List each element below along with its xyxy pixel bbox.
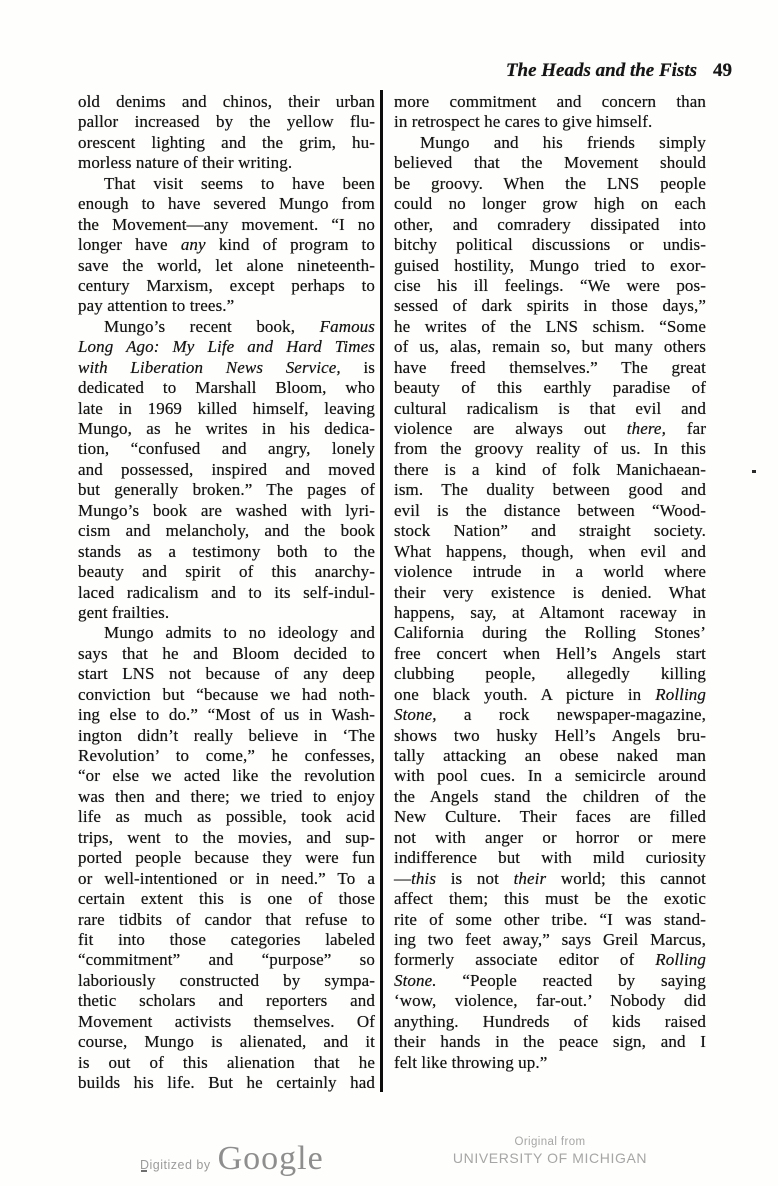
text-line: evil is the distance between “Wood- <box>394 501 706 521</box>
text-line: violence intrude in a world where <box>394 562 706 582</box>
text-line: course, Mungo is alienated, and it <box>78 1032 375 1052</box>
text-line: New Culture. Their faces are filled <box>394 807 706 827</box>
text-line: Mungo admits to no ideology and <box>78 623 375 643</box>
text-line: trips, went to the movies, and sup- <box>78 828 375 848</box>
text-line: laced radicalism and to its self-indul- <box>78 583 375 603</box>
text-line: certain extent this is one of those <box>78 889 375 909</box>
text-line: pay attention to trees.” <box>78 296 375 316</box>
text-line: ington didn’t really believe in ‘The <box>78 726 375 746</box>
text-line: Mungo’s recent book, Famous <box>78 317 375 337</box>
column-left: old denims and chinos, their urbanpallor… <box>78 92 375 1093</box>
text-line: Mungo’s book are washed with lyri- <box>78 501 375 521</box>
text-line: affect them; this must be the exotic <box>394 889 706 909</box>
text-line: other, and comradery dissipated into <box>394 215 706 235</box>
text-line: life as much as possible, took acid <box>78 807 375 827</box>
text-line: cultural radicalism is that evil and <box>394 399 706 419</box>
text-line: violence are always out there, far <box>394 419 706 439</box>
source-credit: Original from UNIVERSITY OF MICHIGAN <box>440 1136 660 1166</box>
text-line: happens, say, at Altamont raceway in <box>394 603 706 623</box>
scan-speck <box>141 1170 147 1172</box>
text-line: cise his ill feelings. “We were pos- <box>394 276 706 296</box>
text-line: not with anger or horror or mere <box>394 828 706 848</box>
text-line: have freed themselves.” The great <box>394 358 706 378</box>
text-line: What happens, though, when evil and <box>394 542 706 562</box>
text-line: Long Ago: My Life and Hard Times <box>78 337 375 357</box>
column-right: more commitment and concern thanin retro… <box>394 92 706 1073</box>
text-line: That visit seems to have been <box>78 174 375 194</box>
text-line: ported people because they were fun <box>78 848 375 868</box>
text-line: rare tidbits of candor that refuse to <box>78 910 375 930</box>
text-line: Revolution’ to come,” he confesses, <box>78 746 375 766</box>
text-line: but generally broken.” The pages of <box>78 480 375 500</box>
text-line: tion, “confused and angry, lonely <box>78 439 375 459</box>
text-line: was then and there; we tried to enjoy <box>78 787 375 807</box>
text-line: and possessed, inspired and moved <box>78 460 375 480</box>
text-line: enough to have severed Mungo from <box>78 194 375 214</box>
text-line: tally attacking an obese naked man <box>394 746 706 766</box>
text-line: anything. Hundreds of kids raised <box>394 1012 706 1032</box>
text-line: save the world, let alone nineteenth- <box>78 256 375 276</box>
page-number: 49 <box>713 60 732 81</box>
text-line: guised hostility, Mungo tried to exor- <box>394 256 706 276</box>
text-line: one black youth. A picture in Rolling <box>394 685 706 705</box>
google-logo: Google <box>218 1140 324 1178</box>
text-line: cism and melancholy, and the book <box>78 521 375 541</box>
text-line: fit into those categories labeled <box>78 930 375 950</box>
original-from-label: Original from <box>440 1136 660 1148</box>
text-line: bitchy political discussions or undis- <box>394 235 706 255</box>
text-line: felt like throwing up.” <box>394 1053 706 1073</box>
text-line: more commitment and concern than <box>394 92 706 112</box>
text-line: Stone, a rock newspaper-magazine, <box>394 705 706 725</box>
text-line: with Liberation News Service, is <box>78 358 375 378</box>
text-line: ism. The duality between good and <box>394 480 706 500</box>
text-line: their very existence is denied. What <box>394 583 706 603</box>
text-line: late in 1969 killed himself, leaving <box>78 399 375 419</box>
scan-speck <box>752 470 756 473</box>
text-line: is out of this alienation that he <box>78 1053 375 1073</box>
text-line: “commitment” and “purpose” so <box>78 950 375 970</box>
text-line: century Marxism, except perhaps to <box>78 276 375 296</box>
chapter-title: The Heads and the Fists <box>506 60 697 81</box>
text-line: could no longer grow high on each <box>394 194 706 214</box>
text-line: California during the Rolling Stones’ <box>394 623 706 643</box>
text-line: Mungo and his friends simply <box>394 133 706 153</box>
text-line: ‘wow, violence, far-out.’ Nobody did <box>394 991 706 1011</box>
text-line: gent frailties. <box>78 603 375 623</box>
text-line: formerly associate editor of Rolling <box>394 950 706 970</box>
text-line: Stone. “People reacted by saying <box>394 971 706 991</box>
digitized-by-label: Digitized by <box>140 1158 211 1172</box>
text-line: there is a kind of folk Manichaean- <box>394 460 706 480</box>
running-head: The Heads and the Fists49 <box>506 60 732 82</box>
text-line: morless nature of their writing. <box>78 153 375 173</box>
text-line: the Movement—any movement. “I no <box>78 215 375 235</box>
text-line: believed that the Movement should <box>394 153 706 173</box>
text-line: shows two husky Hell’s Angels bru- <box>394 726 706 746</box>
text-line: old denims and chinos, their urban <box>78 92 375 112</box>
text-line: dedicated to Marshall Bloom, who <box>78 378 375 398</box>
text-line: conviction but “because we had noth- <box>78 685 375 705</box>
text-line: thetic scholars and reporters and <box>78 991 375 1011</box>
text-line: he writes of the LNS schism. “Some <box>394 317 706 337</box>
text-line: from the groovy reality of us. In this <box>394 439 706 459</box>
text-line: beauty of this earthly paradise of <box>394 378 706 398</box>
text-line: stock Nation” and straight society. <box>394 521 706 541</box>
text-line: indifference but with mild curiosity <box>394 848 706 868</box>
text-line: start LNS not because of any deep <box>78 664 375 684</box>
text-line: of us, alas, remain so, but many others <box>394 337 706 357</box>
text-line: —this is not their world; this cannot <box>394 869 706 889</box>
text-line: Mungo, as he writes in his dedica- <box>78 419 375 439</box>
text-line: rite of some other tribe. “I was stand- <box>394 910 706 930</box>
text-line: the Angels stand the children of the <box>394 787 706 807</box>
text-line: says that he and Bloom decided to <box>78 644 375 664</box>
text-line: with pool cues. In a semicircle around <box>394 766 706 786</box>
text-line: free concert when Hell’s Angels start <box>394 644 706 664</box>
text-line: pallor increased by the yellow flu- <box>78 112 375 132</box>
text-line: ing two feet away,” says Greil Marcus, <box>394 930 706 950</box>
digitized-by-credit: Digitized by Google <box>140 1140 324 1178</box>
text-line: or well-intentioned or in need.” To a <box>78 869 375 889</box>
text-line: builds his life. But he certainly had <box>78 1073 375 1093</box>
text-line: “or else we acted like the revolution <box>78 766 375 786</box>
text-line: in retrospect he cares to give himself. <box>394 112 706 132</box>
institution-label: UNIVERSITY OF MICHIGAN <box>440 1150 660 1166</box>
text-line: orescent lighting and the grim, hu- <box>78 133 375 153</box>
text-line: sessed of dark spirits in those days,” <box>394 296 706 316</box>
text-line: longer have any kind of program to <box>78 235 375 255</box>
text-line: their hands in the peace sign, and I <box>394 1032 706 1052</box>
text-line: clubbing people, allegedly killing <box>394 664 706 684</box>
column-divider-rule <box>380 90 383 1092</box>
text-line: laboriously constructed by sympa- <box>78 971 375 991</box>
text-line: ing else to do.” “Most of us in Wash- <box>78 705 375 725</box>
text-line: beauty and spirit of this anarchy- <box>78 562 375 582</box>
text-line: be groovy. When the LNS people <box>394 174 706 194</box>
book-page-scan: The Heads and the Fists49 old denims and… <box>0 0 778 1186</box>
text-line: Movement activists themselves. Of <box>78 1012 375 1032</box>
text-line: stands as a testimony both to the <box>78 542 375 562</box>
